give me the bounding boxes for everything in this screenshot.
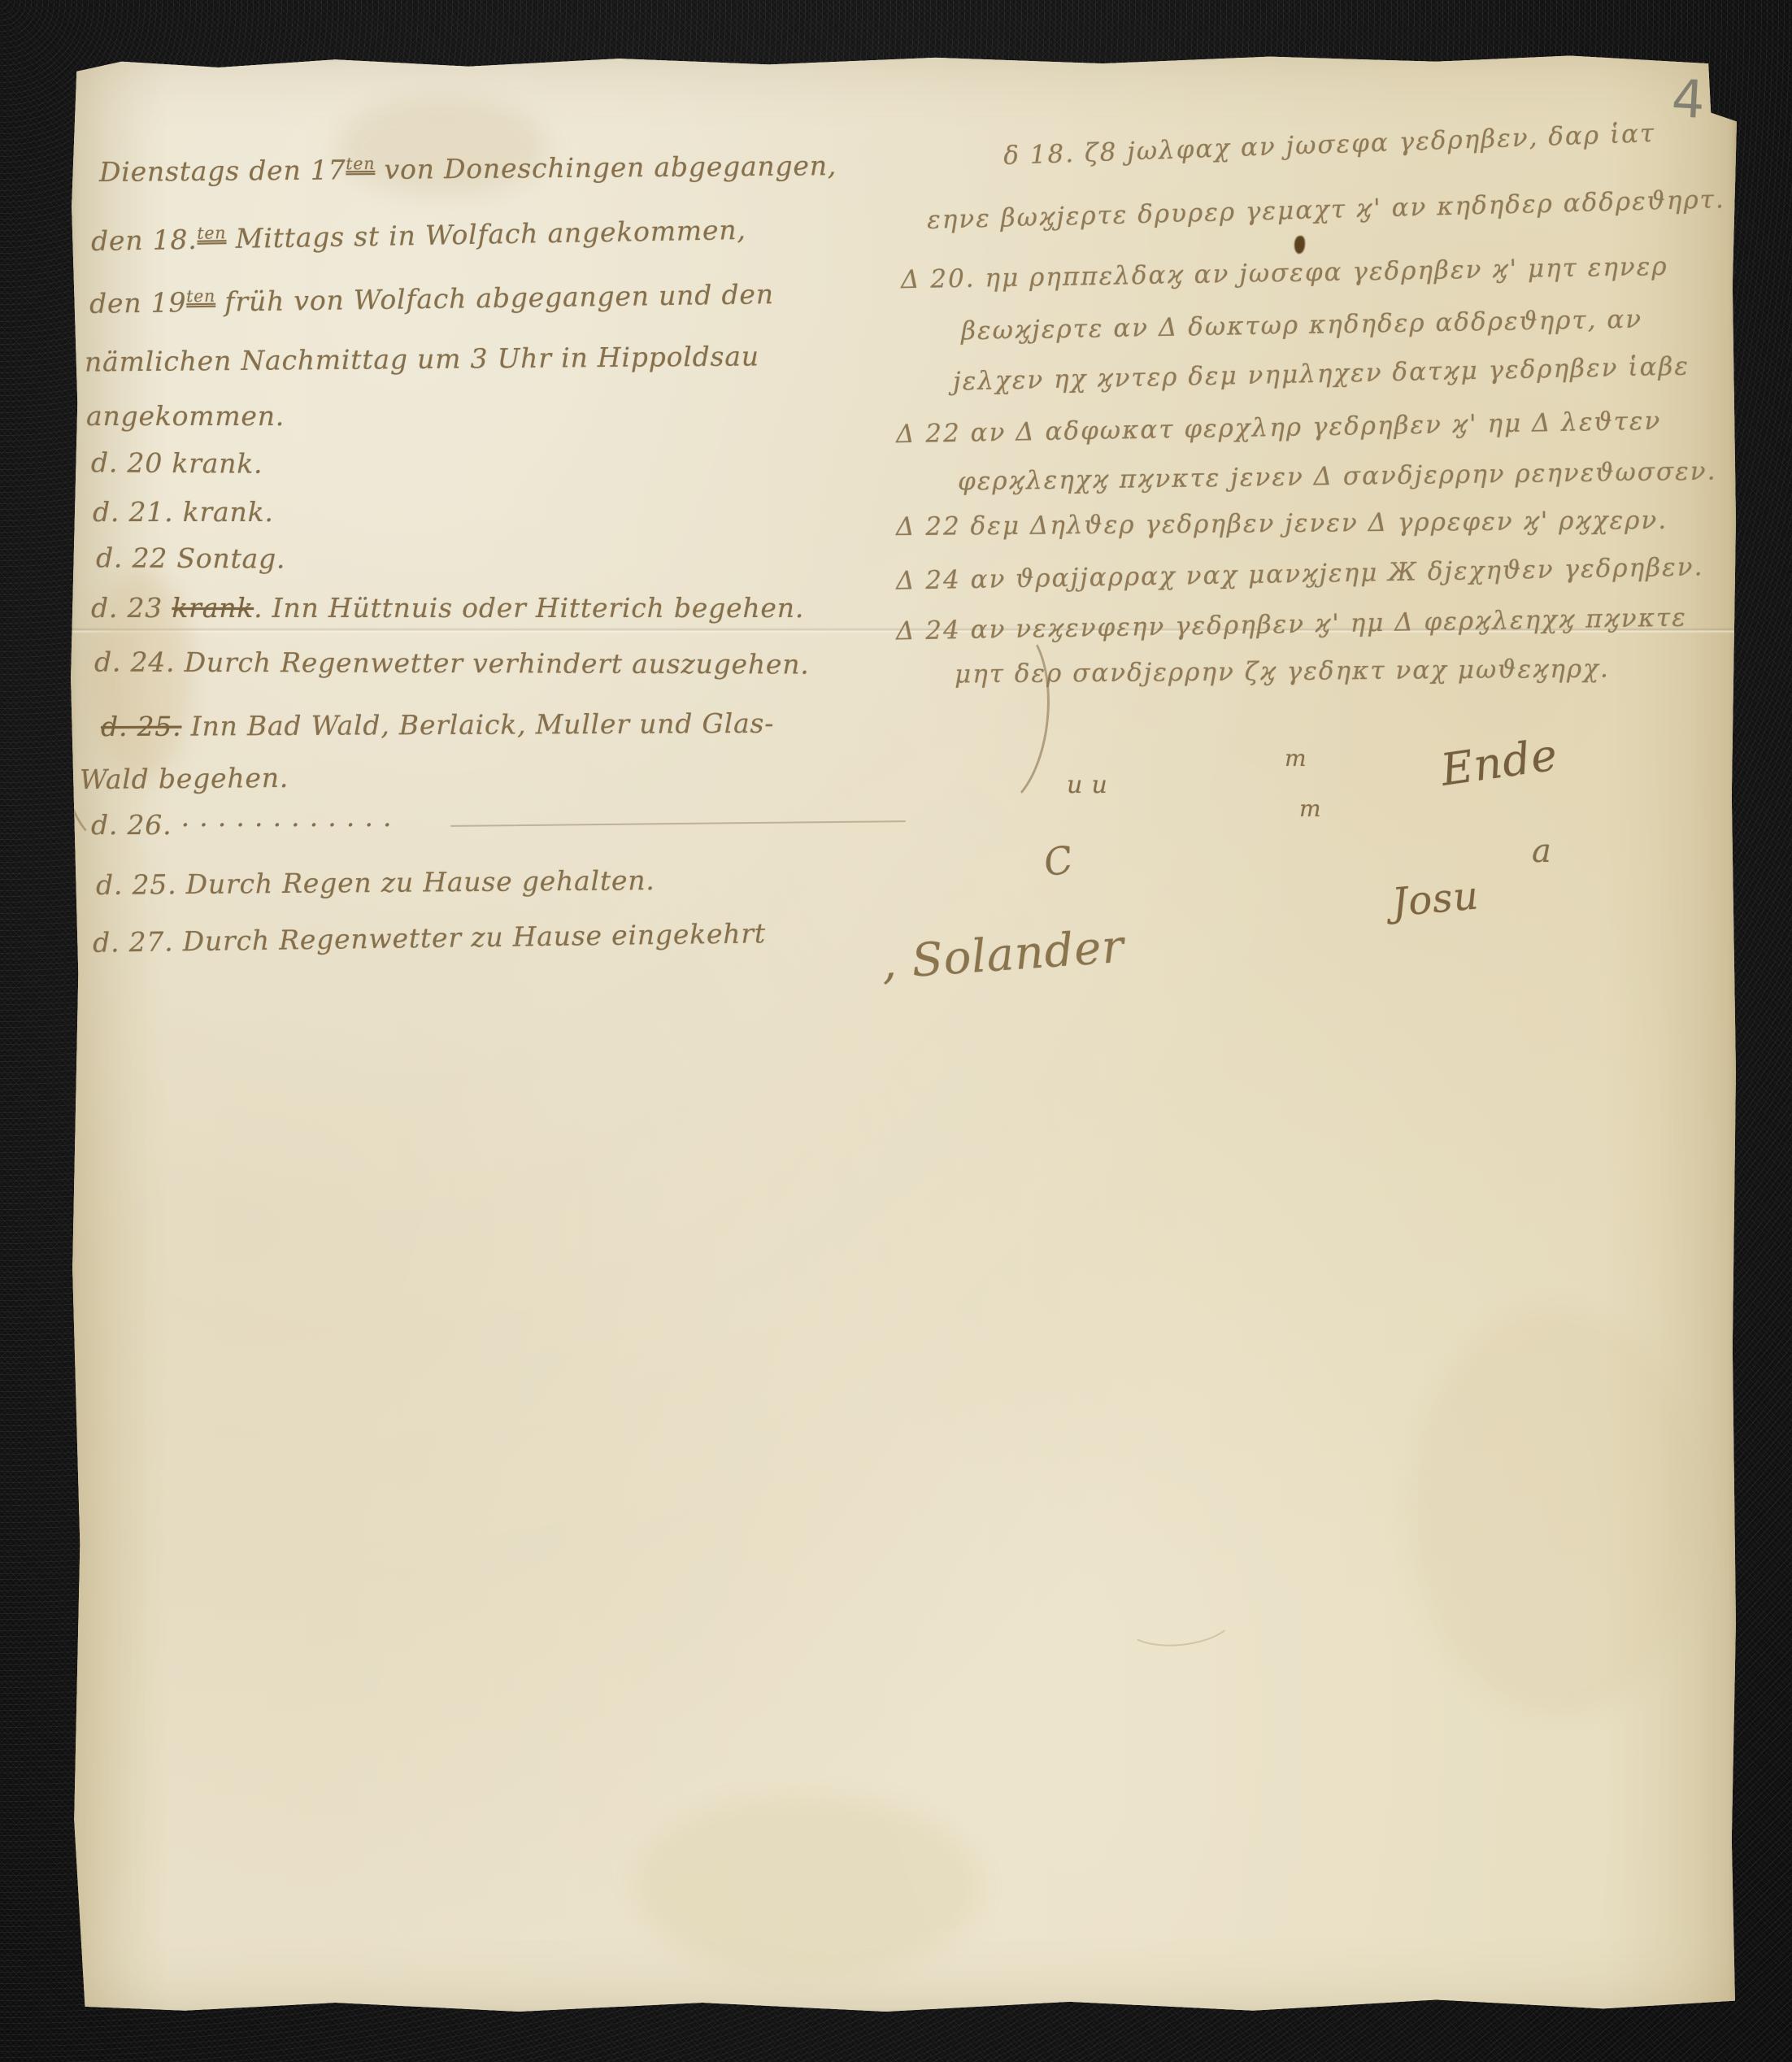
solander-signature: , Solander bbox=[880, 920, 1126, 990]
journal-line: d. 26. · · · · · · · · · · · · bbox=[91, 809, 392, 841]
ende-mark: Ende bbox=[1438, 729, 1560, 795]
line-text: βεωϗϳερτε αν Δ δωκτωρ κηδηδερ αδδρεϑηρτ,… bbox=[961, 305, 1643, 346]
cipher-line: Δ 22 αν Δ αδφωκατ φερχληρ γεδρηβεν ϗ' ημ… bbox=[896, 407, 1662, 449]
dotted-rule bbox=[450, 820, 906, 827]
cipher-line: Δ 22 δεμ Δηλϑερ γεδρηβεν ϳενεν Δ γρρεφεν… bbox=[896, 506, 1668, 542]
paper-stain bbox=[637, 1797, 979, 1976]
line-text: δ 18. ζ8 ϳωλφαχ αν ϳωσεφα γεδρηβεν, δαρ … bbox=[1003, 119, 1656, 171]
line-text: Δ 24 αν ϑραϳϳαρραχ ναχ μανϗϳεημ Ж δϳεχηϑ… bbox=[896, 552, 1704, 595]
line-text: Mittags st in Wolfach angekommen, bbox=[226, 214, 746, 254]
cipher-line: Δ 20. ημ ρηππελδαϗ αν ϳωσεφα γεδρηβεν ϗ'… bbox=[901, 252, 1668, 294]
line-text: früh von Wolfach abgegangen und den bbox=[215, 278, 774, 318]
ink-blot bbox=[1294, 236, 1305, 254]
paren-flourish bbox=[945, 618, 1059, 815]
line-text: Inn Bad Wald, Berlaick, Muller und Glas- bbox=[181, 707, 774, 742]
pen-trial-u: u u bbox=[1067, 771, 1108, 799]
line-text: d. 24. Durch Regenwetter verhindert ausz… bbox=[94, 646, 810, 680]
cipher-line: ϳελχεν ηχ ϗντερ δεμ νημληχεν δατϗμ γεδρη… bbox=[953, 352, 1690, 397]
line-text: Dienstags den 17 bbox=[99, 154, 346, 188]
line-text: . Inn Hüttnuis oder Hitterich begehen. bbox=[254, 592, 804, 624]
line-text: μητ δερ σανδϳερρην ζϗ γεδηκτ ναχ μωϑεϗηρ… bbox=[955, 654, 1610, 689]
line-text: d. 27. Durch Regenwetter zu Hause eingek… bbox=[93, 917, 766, 959]
line-text: d. 26. · · · · · · · · · · · · bbox=[91, 809, 392, 841]
journal-line: den 19ten früh von Wolfach abgegangen un… bbox=[89, 278, 774, 320]
journal-line: den 18.ten Mittags st in Wolfach angekom… bbox=[91, 214, 746, 257]
line-text: nämlichen Nachmittag um 3 Uhr in Hippold… bbox=[85, 340, 759, 377]
line-text: Δ 22 δεμ Δηλϑερ γεδρηβεν ϳενεν Δ γρρεφεν… bbox=[896, 506, 1668, 542]
pen-trial-m: m bbox=[1299, 795, 1321, 822]
line-text: Δ 24 αν νεϗενφεην γεδρηβεν ϗ' ημ Δ φερϗλ… bbox=[896, 603, 1687, 646]
scanned-manuscript-photo: { "page": { "page_number": "4", "paper_c… bbox=[0, 0, 1792, 2062]
line-text: d. 25. Durch Regen zu Hause gehalten. bbox=[96, 864, 655, 901]
josu-mark: Josu bbox=[1390, 872, 1481, 925]
journal-line: d. 27. Durch Regenwetter zu Hause eingek… bbox=[93, 917, 766, 959]
journal-line: d. 25. Inn Bad Wald, Berlaick, Muller un… bbox=[101, 707, 774, 742]
ordinal-superscript: ten bbox=[346, 154, 375, 173]
line-text: d. 20 krank. bbox=[91, 446, 263, 479]
journal-line: d. 23 krank. Inn Hüttnuis oder Hitterich… bbox=[91, 592, 804, 624]
cipher-line: μητ δερ σανδϳερρην ζϗ γεδηκτ ναχ μωϑεϗηρ… bbox=[955, 654, 1610, 689]
line-text: d. 22 Sontag. bbox=[96, 542, 285, 574]
line-text: ϳελχεν ηχ ϗντερ δεμ νημληχεν δατϗμ γεδρη… bbox=[953, 352, 1690, 397]
struck-text: krank bbox=[172, 592, 254, 624]
manuscript-paper-sheet: 4 Dienstags den 17ten von Doneschingen a… bbox=[68, 49, 1737, 2016]
journal-line: d. 24. Durch Regenwetter verhindert ausz… bbox=[94, 646, 810, 680]
cipher-line: δ 18. ζ8 ϳωλφαχ αν ϳωσεφα γεδρηβεν, δαρ … bbox=[1003, 119, 1656, 171]
line-text: Δ 22 αν Δ αδφωκατ φερχληρ γεδρηβεν ϗ' ημ… bbox=[896, 407, 1662, 449]
line-text: εηνε βωϗϳερτε δρυρερ γεμαχτ ϗ' αν κηδηδε… bbox=[927, 185, 1725, 235]
cipher-line: Δ 24 αν νεϗενφεην γεδρηβεν ϗ' ημ Δ φερϗλ… bbox=[896, 603, 1687, 646]
journal-line: d. 25. Durch Regen zu Hause gehalten. bbox=[96, 864, 655, 901]
journal-line: angekommen. bbox=[86, 400, 285, 432]
cipher-line: φερϗλεηχϗ πϗνκτε ϳενεν Δ σανδϳερρην ρεην… bbox=[958, 456, 1717, 496]
journal-line: d. 21. krank. bbox=[93, 496, 274, 528]
faint-pen-squiggle bbox=[1123, 1592, 1236, 1651]
line-text: den 19 bbox=[89, 286, 187, 320]
cipher-line: εηνε βωϗϳερτε δρυρερ γεμαχτ ϗ' αν κηδηδε… bbox=[927, 185, 1725, 235]
journal-line: d. 22 Sontag. bbox=[96, 542, 285, 574]
cipher-line: Δ 24 αν ϑραϳϳαρραχ ναχ μανϗϳεημ Ж δϳεχηϑ… bbox=[896, 552, 1704, 595]
line-text: d. 21. krank. bbox=[93, 496, 274, 528]
line-text: von Doneschingen abgegangen, bbox=[375, 150, 837, 185]
journal-line: Dienstags den 17ten von Doneschingen abg… bbox=[99, 150, 837, 188]
journal-line: nämlichen Nachmittag um 3 Uhr in Hippold… bbox=[85, 340, 759, 377]
line-text: d. 23 bbox=[91, 592, 172, 624]
cipher-line: βεωϗϳερτε αν Δ δωκτωρ κηδηδερ αδδρεϑηρτ,… bbox=[961, 305, 1643, 346]
pen-trial-c: C bbox=[1041, 837, 1077, 885]
line-text: Δ 20. ημ ρηππελδαϗ αν ϳωσεφα γεδρηβεν ϗ'… bbox=[901, 252, 1668, 294]
page-number: 4 bbox=[1670, 69, 1707, 131]
paper-stain bbox=[1410, 1309, 1703, 1716]
pen-trial-m: m bbox=[1285, 745, 1307, 772]
pen-trial-a: a bbox=[1532, 833, 1552, 870]
line-text: φερϗλεηχϗ πϗνκτε ϳενεν Δ σανδϳερρην ρεην… bbox=[958, 456, 1717, 496]
ordinal-superscript: ten bbox=[197, 223, 226, 243]
journal-line: d. 20 krank. bbox=[91, 446, 263, 479]
ordinal-superscript: ten bbox=[186, 286, 215, 306]
line-text: den 18. bbox=[91, 224, 198, 257]
line-text: angekommen. bbox=[86, 400, 285, 432]
